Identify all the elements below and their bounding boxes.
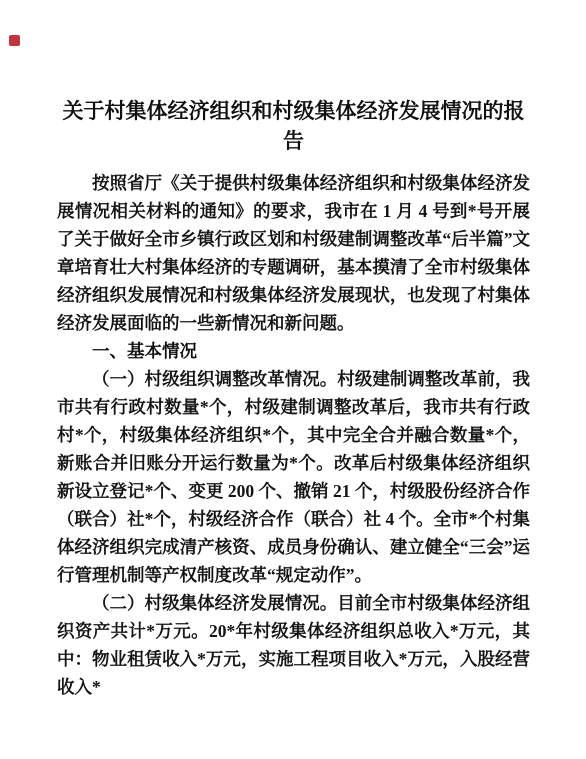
document-title: 关于村集体经济组织和村级集体经济发展情况的报告: [57, 96, 530, 156]
red-stamp-badge: [9, 35, 20, 46]
section-heading-basic-situation: 一、基本情况: [57, 337, 530, 365]
paragraph-intro: 按照省厅《关于提供村级集体经济组织和村级集体经济发展情况相关材料的通知》的要求，…: [57, 169, 530, 337]
paragraph-org-reform: （一）村级组织调整改革情况。村级建制调整改革前，我市共有行政村数量*个，村级建制…: [57, 365, 530, 589]
document-page: 关于村集体经济组织和村级集体经济发展情况的报告 按照省厅《关于提供村级集体经济组…: [0, 0, 586, 759]
document-content: 关于村集体经济组织和村级集体经济发展情况的报告 按照省厅《关于提供村级集体经济组…: [0, 0, 586, 701]
paragraph-economy-development: （二）村级集体经济发展情况。目前全市村级集体经济组织资产共计*万元。20*年村级…: [57, 589, 530, 701]
